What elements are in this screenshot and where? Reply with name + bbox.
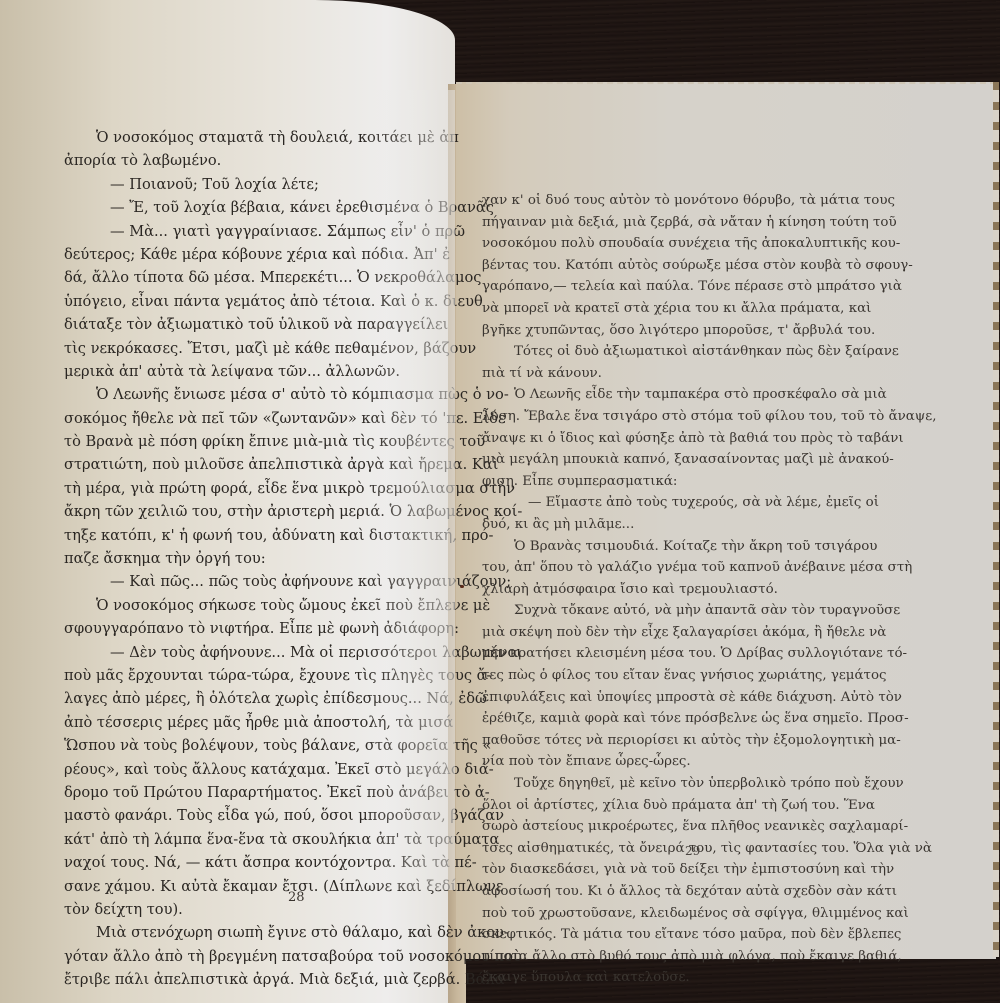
text-line: ναχοί τους. Νά, — κάτι ἄσπρα κοντόχοντρα… [64, 851, 494, 874]
text-line: παθοῦσε τότες νὰ περιορίσει κι αὐτὸς τὴν… [482, 730, 912, 752]
text-line: τὸ Βρανὰ μὲ πόση φρίκη ἔπινε μιὰ-μιὰ τὶς… [64, 430, 494, 453]
text-line: μιὰ σκέψη ποὺ δὲν τὴν εἶχε ξαλαγαρίσει ἀ… [482, 622, 912, 644]
text-line: κάτ' ἀπὸ τὴ λάμπα ἕνα-ἕνα τὰ σκουλήκια ἀ… [64, 828, 494, 851]
text-line: στρατιώτη, ποὺ μιλοῦσε ἀπελπιστικὰ ἀργὰ … [64, 453, 494, 476]
text-line: ποὺ τοῦ χρωστοῦσανε, κλειδωμένος σὰ σφίγ… [482, 903, 912, 925]
text-line: τὶς νεκρόκασες. Ἔτσι, μαζὶ μὲ κάθε πεθαμ… [64, 337, 494, 360]
text-line: μερικὰ ἀπ' αὐτὰ τὰ λείψανα τῶν... ἀλλωνῶ… [64, 360, 494, 383]
text-line: Ὥσπου νὰ τοὺς βολέψουν, τοὺς βάλανε, στὰ… [64, 734, 494, 757]
text-line: μιὰ μεγάλη μπουκιὰ καπνό, ξανασαίνοντας … [482, 449, 912, 471]
right-page-text: χαν κ' οἱ δυό τους αὐτὸν τὸ μονότονο θόρ… [482, 190, 912, 989]
text-line: τὸν διασκεδάσει, γιὰ νὰ τοῦ δείξει τὴν ἐ… [482, 859, 912, 881]
text-line: πιὰ τί νὰ κάνουν. [482, 363, 912, 385]
text-line: λύση. Ἔβαλε ἕνα τσιγάρο στὸ στόμα τοῦ φί… [482, 406, 912, 428]
text-line: πήγαιναν μιὰ δεξιά, μιὰ ζερβά, σὰ νἄταν … [482, 212, 912, 234]
left-page-text: Ὁ νοσοκόμος σταματᾶ τὴ δουλειά, κοιτάει … [64, 126, 494, 991]
page-number-left: 28 [288, 890, 305, 905]
text-line: ἄναψε κι ὁ ἴδιος καὶ φύσηξε ἀπὸ τὰ βαθιά… [482, 428, 912, 450]
text-line: τὴν κρατήσει κλεισμένη μέσα του. Ὁ Δρίβα… [482, 643, 912, 665]
text-line: Ὁ Βρανὰς τσιμουδιά. Κοίταζε τὴν ἄκρη τοῦ… [482, 536, 912, 558]
text-line: Ὁ Λεωνῆς ἔνιωσε μέσα σ' αὐτὸ τὸ κόμπιασμ… [64, 383, 494, 406]
text-line: βέντας του. Κατόπι αὐτὸς σούρωξε μέσα στ… [482, 255, 912, 277]
text-line: χλιαρὴ ἀτμόσφαιρα ἴσιο καὶ τρεμουλιαστό. [482, 579, 912, 601]
text-line: τίποτα ἄλλο στὸ βυθό τους ἀπὸ μιὰ φλόγα,… [482, 946, 912, 968]
text-line: ἀπορία τὸ λαβωμένο. [64, 149, 494, 172]
text-line: ρέους», καὶ τοὺς ἄλλους κατάχαμα. Ἐκεῖ σ… [64, 758, 494, 781]
text-line: τηξε κατόπι, κ' ἡ φωνή του, ἀδύνατη καὶ … [64, 524, 494, 547]
text-line: γόταν ἄλλο ἀπὸ τὴ βρεγμένη πατσαβούρα το… [64, 945, 494, 968]
text-line: δυό, κι ἂς μὴ μιλᾶμε... [482, 514, 912, 536]
text-line: Ὁ Λεωνῆς εἶδε τὴν ταμπακέρα στὸ προσκέφα… [482, 384, 912, 406]
text-line: ἔτριβε πάλι ἀπελπιστικὰ ἀργά. Μιὰ δεξιά,… [64, 968, 494, 991]
right-page-deckle-edge [993, 82, 999, 957]
text-line: τες πὼς ὁ φίλος του εἴταν ἕνας γνήσιος χ… [482, 665, 912, 687]
text-line: Ὁ νοσοκόμος σταματᾶ τὴ δουλειά, κοιτάει … [64, 126, 494, 149]
text-line: — Εἴμαστε ἀπὸ τοὺς τυχερούς, σὰ νὰ λέμε,… [482, 492, 912, 514]
text-line: — Καὶ πῶς... πῶς τοὺς ἀφήνουνε καὶ γαγγρ… [64, 570, 494, 593]
text-line: σφουγγαρόπανο τὸ νιφτήρα. Εἶπε μὲ φωνὴ ἀ… [64, 617, 494, 640]
text-line: ποὺ μᾶς ἔρχουνται τώρα-τώρα, ἔχουνε τὶς … [64, 664, 494, 687]
text-line: τὴ μέρα, γιὰ πρώτη φορά, εἶδε ἕνα μικρὸ … [64, 477, 494, 500]
text-line: ὑπόγειο, εἶναι πάντα γεμάτος ἀπὸ τέτοια.… [64, 290, 494, 313]
text-line: λαγες ἀπὸ μέρες, ἢ ὁλότελα χωρὶς ἐπίδεσμ… [64, 687, 494, 710]
text-line: σανε χάμου. Κι αὐτὰ ἔκαμαν ἔτσι. (Δίπλων… [64, 875, 494, 898]
text-line: του, ἀπ' ὅπου τὸ γαλάζιο γνέμα τοῦ καπνο… [482, 557, 912, 579]
text-line: Ὁ νοσοκόμος σήκωσε τοὺς ὤμους ἐκεῖ ποὺ ἔ… [64, 594, 494, 617]
text-line: νοσοκόμου πολὺ σπουδαία συνέχεια τῆς ἀπο… [482, 233, 912, 255]
text-line: ἐπιφυλάξεις καὶ ὑποψίες μπροστὰ σὲ κάθε … [482, 687, 912, 709]
text-line: δά, ἄλλο τίποτα δῶ μέσα. Μπερεκέτι... Ὁ … [64, 266, 494, 289]
text-line: ἔκαιγε ὕπουλα καὶ κατελοῦσε. [482, 967, 912, 989]
text-line: χαν κ' οἱ δυό τους αὐτὸν τὸ μονότονο θόρ… [482, 190, 912, 212]
text-line: — Δὲν τοὺς ἀφήνουνε... Μὰ οἱ περισσότερο… [64, 641, 494, 664]
text-line: σκεφτικός. Τὰ μάτια του εἴτανε τόσο μαῦρ… [482, 924, 912, 946]
text-line: σωρὸ ἀστείους μικροέρωτες, ἕνα πλῆθος νε… [482, 816, 912, 838]
text-line: βγῆκε χτυπῶντας, ὅσο λιγότερο μποροῦσε, … [482, 320, 912, 342]
text-line: — Μὰ... γιατὶ γαγγραίνιασε. Σάμπως εἶν' … [64, 220, 494, 243]
text-line: διάταξε τὸν ἀξιωματικὸ τοῦ ὑλικοῦ νὰ παρ… [64, 313, 494, 336]
text-line: φιση. Εἶπε συμπερασματικά: [482, 471, 912, 493]
text-line: ἀφοσίωσή του. Κι ὁ ἄλλος τὰ δεχόταν αὐτὰ… [482, 881, 912, 903]
text-line: ἐρέθιζε, καμιὰ φορὰ καὶ τόνε πρόσβελνε ὡ… [482, 708, 912, 730]
text-line: Συχνὰ τὄκανε αὐτό, νὰ μὴν ἀπαντᾶ σὰν τὸν… [482, 600, 912, 622]
text-line: ἀπὸ τέσσερις μέρες μᾶς ἦρθε μιὰ ἀποστολή… [64, 711, 494, 734]
text-line: Μιὰ στενόχωρη σιωπὴ ἔγινε στὸ θάλαμο, κα… [64, 921, 494, 944]
text-line: τὸν δείχτη του). [64, 898, 494, 921]
text-line: Τότες οἱ δυὸ ἀξιωματικοὶ αἰστάνθηκαν πὼς… [482, 341, 912, 363]
text-line: — Ποιανοῦ; Τοῦ λοχία λέτε; [64, 173, 494, 196]
text-line: παζε ἄσκημα τὴν ὀργή του: [64, 547, 494, 570]
text-line: ἄκρη τῶν χειλιῶ του, στὴν ἀριστερὴ μεριά… [64, 500, 494, 523]
text-line: ὅλοι οἱ ἀρτίστες, χίλια δυὸ πράματα ἀπ' … [482, 795, 912, 817]
text-line: νία ποὺ τὸν ἔπιανε ὧρες-ὧρες. [482, 751, 912, 773]
text-line: Τοὔχε δηγηθεῖ, μὲ κεῖνο τὸν ὑπερβολικὸ τ… [482, 773, 912, 795]
text-line: γαρόπανο,— τελεία καὶ παύλα. Τόνε πέρασε… [482, 276, 912, 298]
text-line: σοκόμος ἤθελε νὰ πεῖ τῶν «ζωντανῶν» καὶ … [64, 407, 494, 430]
page-number-right: 29 [685, 844, 700, 858]
text-line: μαστὸ φανάρι. Τοὺς εἶδα γώ, πού, ὅσοι μπ… [64, 804, 494, 827]
text-line: νὰ μπορεῖ νὰ κρατεῖ στὰ χέρια του κι ἄλλ… [482, 298, 912, 320]
text-line: δεύτερος; Κάθε μέρα κόβουνε χέρια καὶ πό… [64, 243, 494, 266]
text-line: — Ἔ, τοῦ λοχία βέβαια, κάνει ἐρεθισμένα … [64, 196, 494, 219]
text-line: δρομο τοῦ Πρώτου Παραρτήματος. Ἐκεῖ ποὺ … [64, 781, 494, 804]
